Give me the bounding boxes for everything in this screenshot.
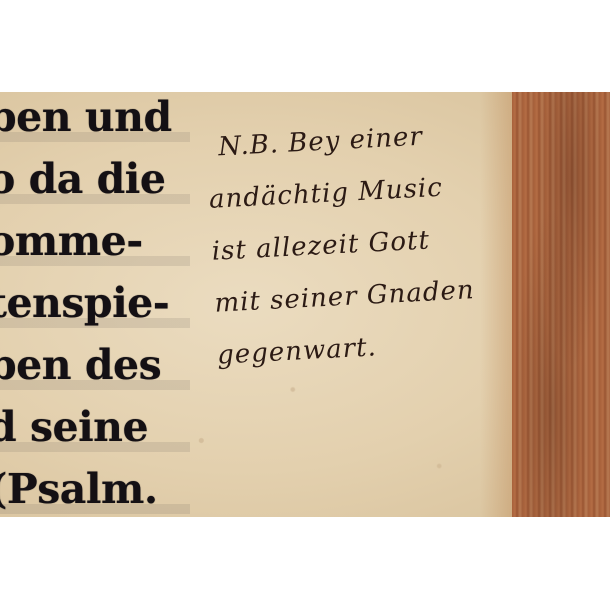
- printed-line: ben des: [0, 334, 188, 396]
- book-photograph: ben und o da die omme- tenspie- ben des …: [0, 92, 610, 517]
- printed-line: d seine: [0, 396, 188, 458]
- printed-line: omme-: [0, 210, 188, 272]
- printed-text-column: ben und o da die omme- tenspie- ben des …: [0, 92, 188, 517]
- book-fore-edge: [512, 92, 610, 517]
- handwritten-annotation: N.B. Bey einer andächtig Music ist allez…: [205, 107, 508, 382]
- printed-line: tenspie-: [0, 272, 188, 334]
- printed-line: o da die: [0, 148, 188, 210]
- printed-line: (Psalm.: [0, 458, 188, 517]
- printed-line: ben und: [0, 92, 188, 148]
